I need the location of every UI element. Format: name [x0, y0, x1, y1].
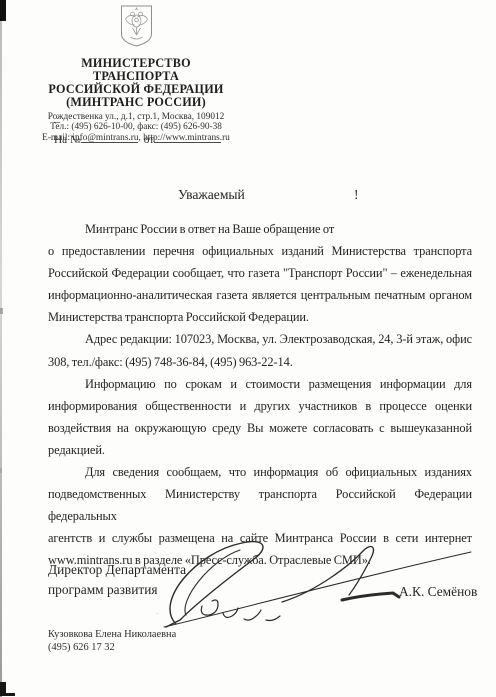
body-line: редакцией.	[48, 439, 472, 461]
signer-name: А.К. Семёнов	[399, 584, 477, 600]
ministry-name-line1: МИНИСТЕРСТВО ТРАНСПОРТА	[38, 57, 234, 83]
coat-of-arms-icon	[118, 4, 155, 48]
executor-name: Кузовкова Елена Николаевна	[48, 628, 176, 641]
reference-na-label: На №	[54, 134, 81, 146]
body-line: подведомственных Министерству транспорта…	[48, 483, 472, 527]
scan-mark-bottom-left-foot	[0, 693, 15, 696]
body-line: Министерства транспорта Российской Федер…	[48, 306, 472, 328]
reference-line: На №от	[54, 130, 221, 146]
reference-date-blank	[154, 130, 221, 143]
body-line: информационно-аналитическая газета являе…	[48, 284, 472, 306]
reference-ot-label: от	[144, 134, 154, 146]
letterhead: МИНИСТЕРСТВО ТРАНСПОРТА РОССИЙСКОЙ ФЕДЕР…	[38, 4, 234, 143]
reference-number-blank	[81, 130, 138, 143]
scan-mark-mid-left-2	[0, 468, 2, 473]
body-line: воздействия на окружающую среду Вы может…	[48, 417, 472, 439]
letter-body: Минтранс России в ответ на Ваше обращени…	[48, 218, 472, 572]
body-line: Российской Федерации сообщает, что газет…	[48, 262, 472, 284]
body-line: 308, тел./факс: (495) 748-36-84, (495) 9…	[48, 351, 472, 373]
ministry-name-line3: (МИНТРАНС РОССИИ)	[38, 96, 234, 109]
body-line: Информацию по срокам и стоимости размеще…	[48, 373, 472, 395]
body-line: Для сведения сообщаем, что информация об…	[48, 461, 472, 483]
letter-page: МИНИСТЕРСТВО ТРАНСПОРТА РОССИЙСКОЙ ФЕДЕР…	[0, 0, 496, 697]
body-line: о предоставлении перечня официальных изд…	[48, 240, 472, 262]
executor-contact: Кузовкова Елена Николаевна (495) 626 17 …	[48, 628, 176, 654]
scan-edge-line	[0, 0, 2, 697]
scan-speck: ·	[156, 610, 160, 614]
body-line: информирования общественности и других у…	[48, 395, 472, 417]
body-line: Минтранс России в ответ на Ваше обращени…	[48, 218, 472, 240]
executor-phone: (495) 626 17 32	[48, 641, 176, 654]
scan-mark-top-left	[0, 0, 6, 21]
letterhead-address: Рождественка ул., д.1, стр.1, Москва, 10…	[38, 112, 234, 122]
body-line: Адрес редакции: 107023, Москва, ул. Элек…	[48, 328, 472, 350]
scan-mark-mid-left	[0, 308, 3, 314]
letterhead-dash: –	[54, 114, 60, 129]
salutation-exclamation: !	[354, 187, 359, 203]
salutation-word: Уважаемый	[178, 187, 245, 203]
